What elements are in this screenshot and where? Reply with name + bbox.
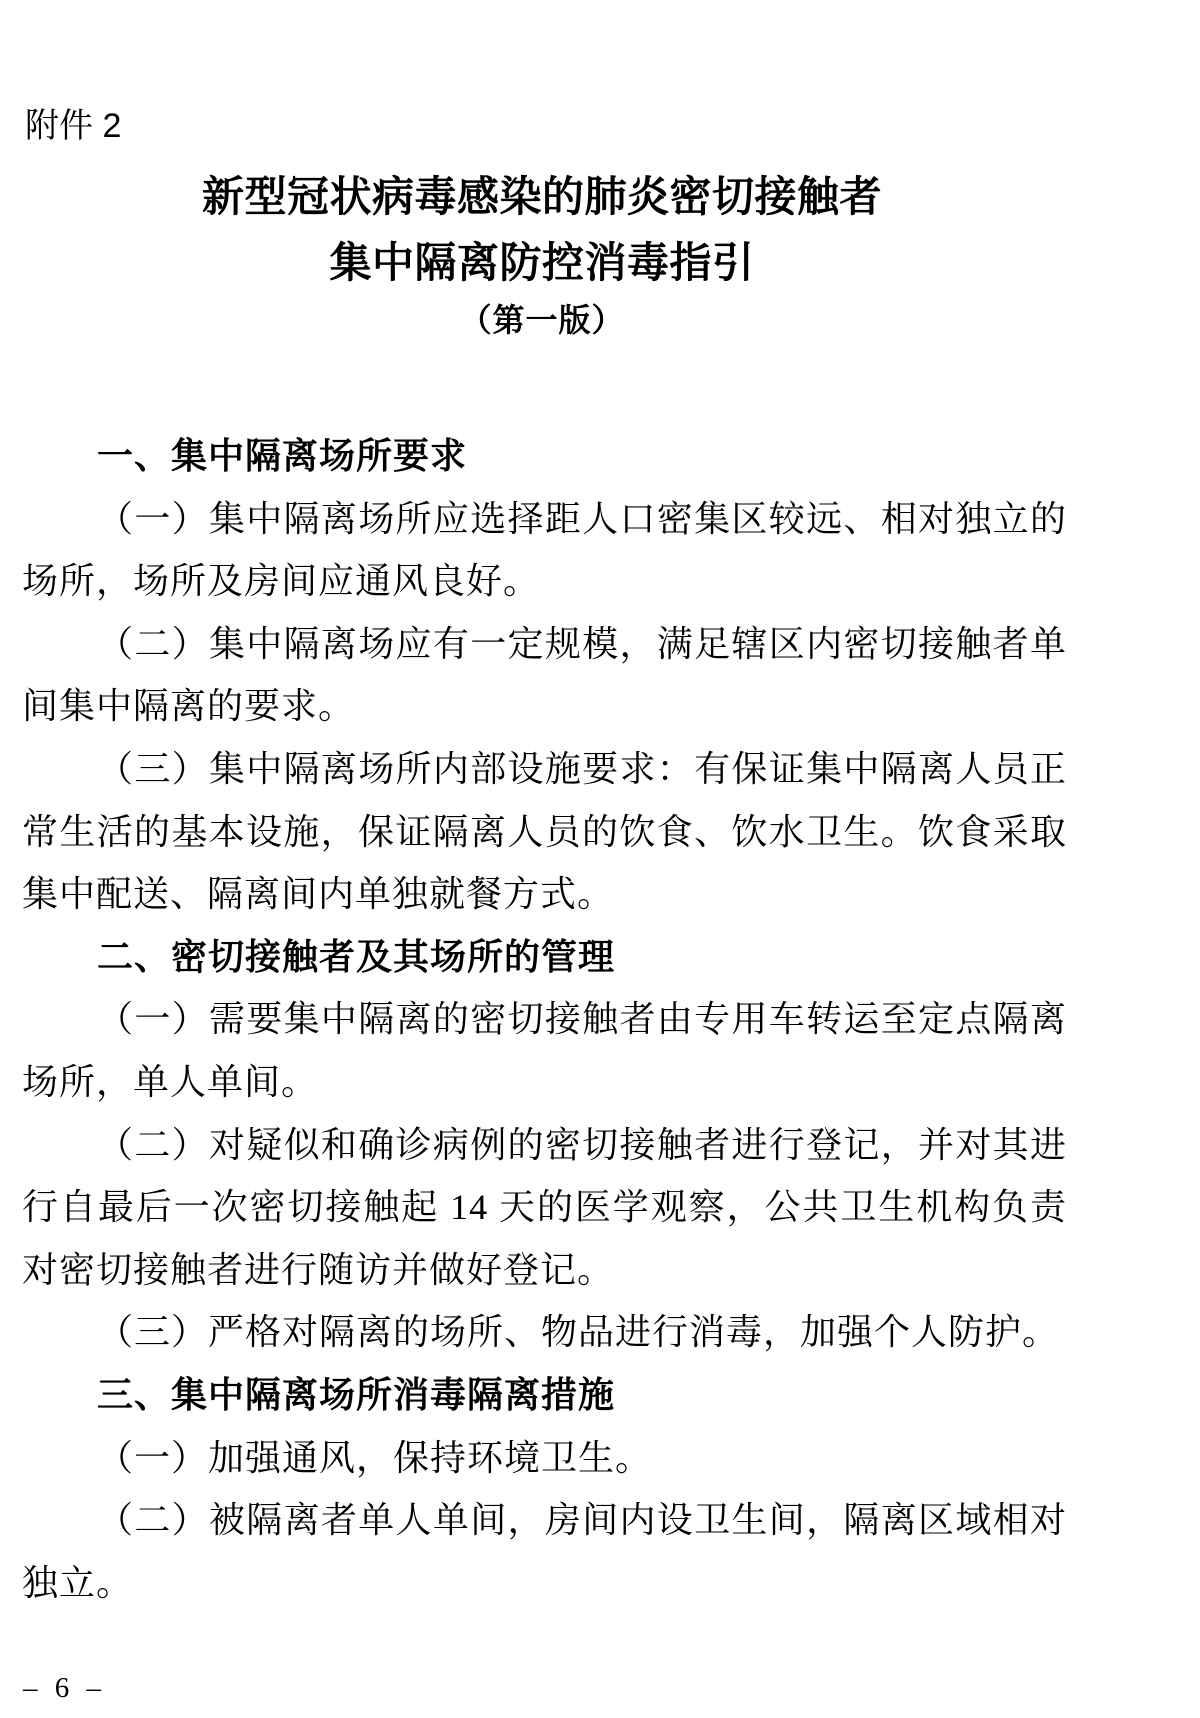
section-1-heading: 一、集中隔离场所要求 — [22, 425, 1067, 488]
document-title: 新型冠状病毒感染的肺炎密切接触者 集中隔离防控消毒指引 — [22, 165, 1062, 297]
section-3-heading: 三、集中隔离场所消毒隔离措施 — [22, 1364, 1067, 1427]
section-2-paragraph-1: （一）需要集中隔离的密切接触者由专用车转运至定点隔离场所，单人单间。 — [22, 988, 1067, 1113]
attachment-label: 附件 2 — [25, 106, 1200, 147]
title-line-1: 新型冠状病毒感染的肺炎密切接触者 — [22, 165, 1062, 231]
document-body: 一、集中隔离场所要求 （一）集中隔离场所应选择距人口密集区较远、相对独立的场所，… — [22, 425, 1067, 1614]
section-2-heading: 二、密切接触者及其场所的管理 — [22, 926, 1067, 989]
section-3-paragraph-2: （二）被隔离者单人单间，房间内设卫生间，隔离区域相对独立。 — [22, 1489, 1067, 1614]
page-number: – 6 – — [23, 1672, 106, 1704]
section-1-paragraph-2: （二）集中隔离场应有一定规模，满足辖区内密切接触者单间集中隔离的要求。 — [22, 613, 1067, 738]
section-2-paragraph-3: （三）严格对隔离的场所、物品进行消毒，加强个人防护。 — [22, 1301, 1067, 1364]
section-2-paragraph-2: （二）对疑似和确诊病例的密切接触者进行登记，并对其进行自最后一次密切接触起 14… — [22, 1114, 1067, 1302]
section-1-paragraph-3: （三）集中隔离场所内部设施要求：有保证集中隔离人员正常生活的基本设施，保证隔离人… — [22, 738, 1067, 926]
document-page: 附件 2 新型冠状病毒感染的肺炎密切接触者 集中隔离防控消毒指引 （第一版） 一… — [0, 0, 1200, 1718]
title-line-2: 集中隔离防控消毒指引 — [22, 231, 1062, 297]
document-subtitle: （第一版） — [22, 297, 1062, 343]
section-3-paragraph-1: （一）加强通风，保持环境卫生。 — [22, 1427, 1067, 1490]
section-1-paragraph-1: （一）集中隔离场所应选择距人口密集区较远、相对独立的场所，场所及房间应通风良好。 — [22, 488, 1067, 613]
